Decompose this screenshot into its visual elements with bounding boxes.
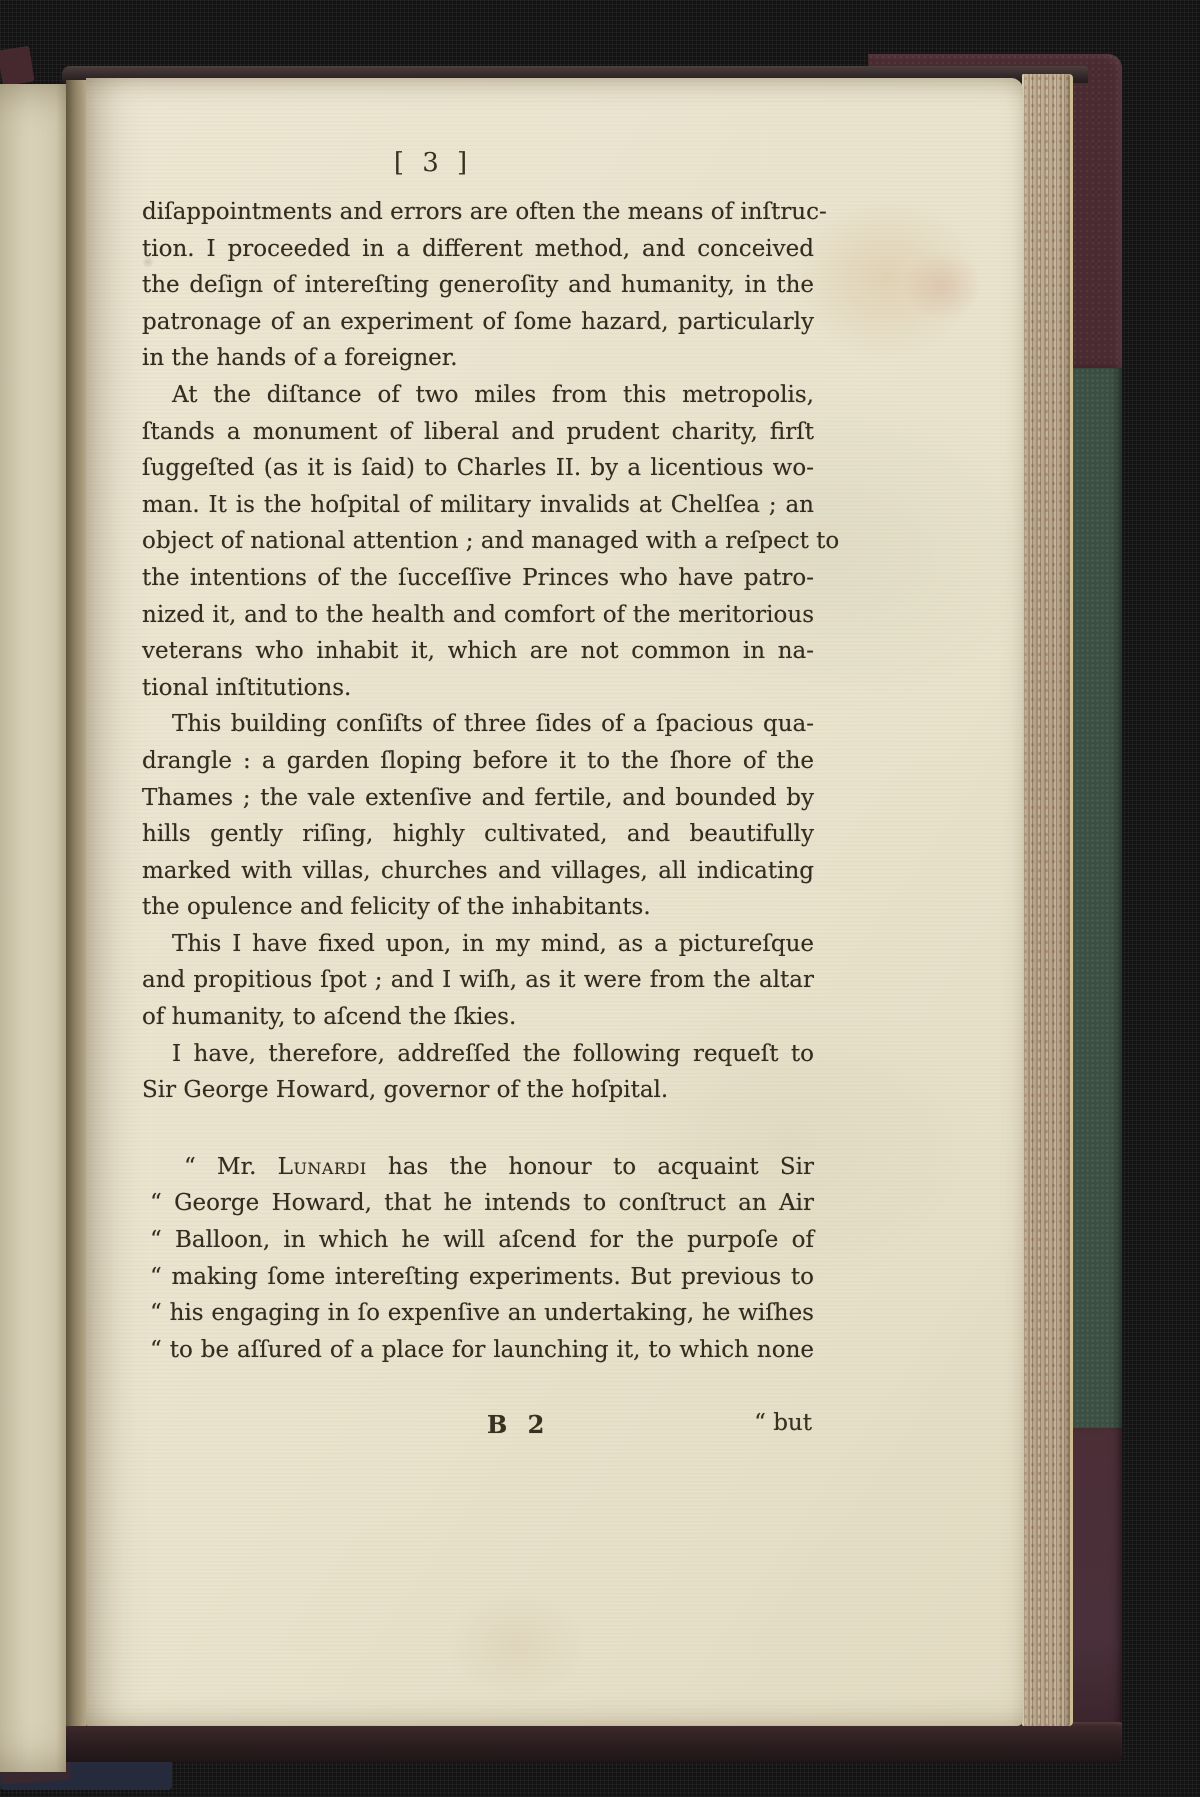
- text-line: patronage of an experiment of ſome hazar…: [142, 304, 814, 341]
- text-line: tional inſtitutions.: [142, 670, 814, 707]
- gutter-shadow: [66, 80, 86, 1726]
- text-line: This I have fixed upon, in my mind, as a…: [142, 926, 814, 963]
- text-line: in the hands of a foreigner.: [142, 340, 814, 377]
- text-line: of humanity, to aſcend the ſkies.: [142, 999, 814, 1036]
- text-line: the intentions of the ſucceſſive Princes…: [142, 560, 814, 597]
- paragraph: This I have fixed upon, in my mind, as a…: [142, 926, 814, 1036]
- catchword: “ but: [754, 1410, 812, 1436]
- text-line: “ George Howard, that he intends to conſ…: [150, 1185, 814, 1222]
- small-caps-name: Lunardi: [278, 1154, 367, 1180]
- text-line: nized it, and to the health and comfort …: [142, 597, 814, 634]
- text-line: drangle : a garden ſloping before it to …: [142, 743, 814, 780]
- text-line: “ making ſome intereſting experiments. B…: [150, 1259, 814, 1296]
- signature-mark: B 2: [487, 1410, 550, 1439]
- text-line: veterans who inhabit it, which are not c…: [142, 633, 814, 670]
- text-line: I have, therefore, addreſſed the followi…: [142, 1036, 814, 1073]
- text-line: ſtands a monument of liberal and prudent…: [142, 414, 814, 451]
- text-line: marked with villas, churches and village…: [142, 853, 814, 890]
- facing-page-edge: [0, 84, 66, 1772]
- text-line: “ to be aſſured of a place for launching…: [150, 1332, 814, 1369]
- text-line: ſuggeſted (as it is ſaid) to Charles II.…: [142, 450, 814, 487]
- text-line: Thames ; the vale extenſive and fertile,…: [142, 780, 814, 817]
- text-line: hills gently riſing, highly cultivated, …: [142, 816, 814, 853]
- text-line: man. It is the hoſpital of military inva…: [142, 487, 814, 524]
- page-number: [ 3 ]: [97, 148, 769, 178]
- text-line: tion. I proceeded in a different method,…: [142, 231, 814, 268]
- photo-background: { "page": { "number_display": "[ 3 ]", "…: [0, 0, 1200, 1797]
- text-line: the opulence and felicity of the inhabit…: [142, 889, 814, 926]
- footer-line: B 2 “ but: [142, 1410, 814, 1450]
- text-line: “ Balloon, in which he will aſcend for t…: [150, 1222, 814, 1259]
- text-line: This building conſiſts of three ſides of…: [142, 706, 814, 743]
- text-line: object of national attention ; and manag…: [142, 523, 814, 560]
- text-run: has the honour to acquaint Sir: [367, 1154, 814, 1180]
- text-block: diſappointments and errors are often the…: [142, 194, 814, 1368]
- text-run: “ Mr.: [184, 1154, 278, 1180]
- text-line: At the diſtance of two miles from this m…: [142, 377, 814, 414]
- paragraph: At the diſtance of two miles from this m…: [142, 377, 814, 706]
- text-line: Sir George Howard, governor of the hoſpi…: [142, 1072, 814, 1109]
- book-cover-bottom-edge: [58, 1722, 1122, 1762]
- text-line: “ Mr. Lunardi has the honour to acquaint…: [150, 1149, 814, 1186]
- paragraph: This building conſiſts of three ſides of…: [142, 706, 814, 926]
- cover-green-cloth: [1070, 368, 1122, 1430]
- text-line: the deſign of intereſting generoſity and…: [142, 267, 814, 304]
- text-line: diſappointments and errors are often the…: [142, 194, 814, 231]
- paragraph: diſappointments and errors are often the…: [142, 194, 814, 377]
- fore-edge: [1022, 74, 1073, 1726]
- text-line: “ his engaging in ſo expenſive an undert…: [150, 1295, 814, 1332]
- cover-corner-bit-top-left: [0, 46, 35, 87]
- quoted-letter: “ Mr. Lunardi has the honour to acquaint…: [142, 1149, 814, 1369]
- book-page: [ 3 ] diſappointments and errors are oft…: [86, 78, 1023, 1726]
- paragraph: I have, therefore, addreſſed the followi…: [142, 1036, 814, 1109]
- text-line: and propitious ſpot ; and I wiſh, as it …: [142, 962, 814, 999]
